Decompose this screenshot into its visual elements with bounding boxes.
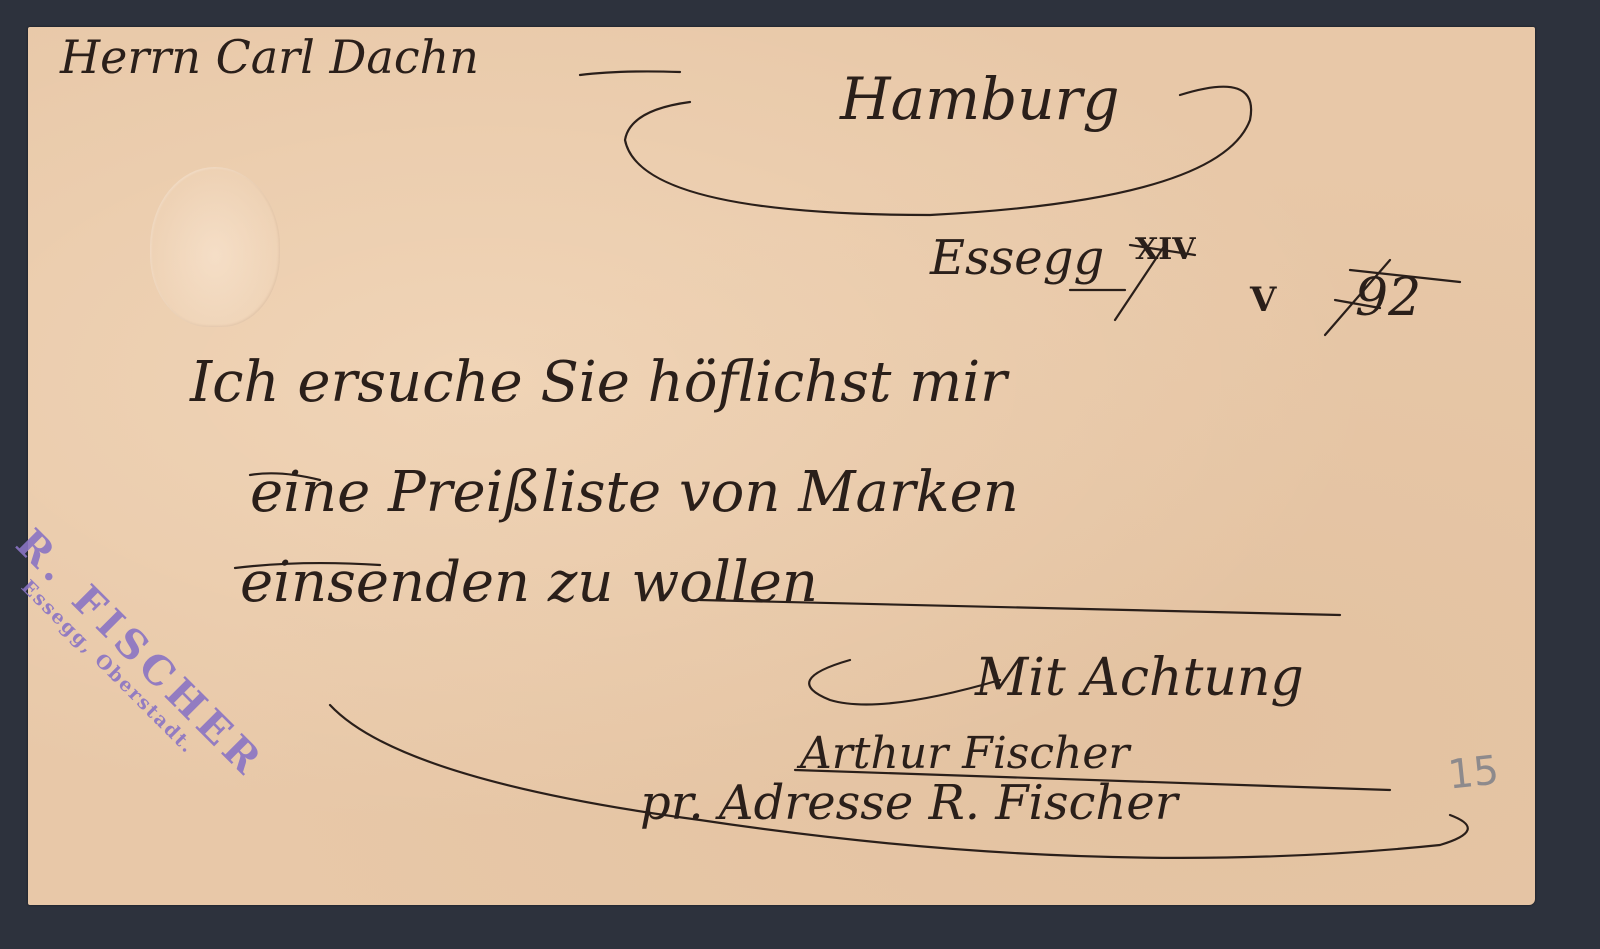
signature: Arthur Fischer — [800, 728, 1129, 779]
pencil-note: 15 — [1446, 747, 1501, 798]
date-month: V — [1250, 280, 1276, 320]
message-line-3: einsenden zu wollen — [240, 550, 818, 615]
addressee-name: Herrn Carl Dachn — [60, 30, 479, 84]
return-address: pr. Adresse R. Fischer — [640, 775, 1178, 831]
closing: Mit Achtung — [975, 648, 1304, 708]
date-year: 92 — [1355, 268, 1421, 328]
date-place: Essegg — [930, 230, 1104, 286]
embossed-seal — [150, 167, 280, 327]
message-line-2: eine Preißliste von Marken — [250, 460, 1019, 525]
addressee-city: Hamburg — [840, 65, 1120, 133]
message-line-1: Ich ersuche Sie höflichst mir — [190, 350, 1007, 415]
date-day: XIV — [1135, 232, 1196, 267]
